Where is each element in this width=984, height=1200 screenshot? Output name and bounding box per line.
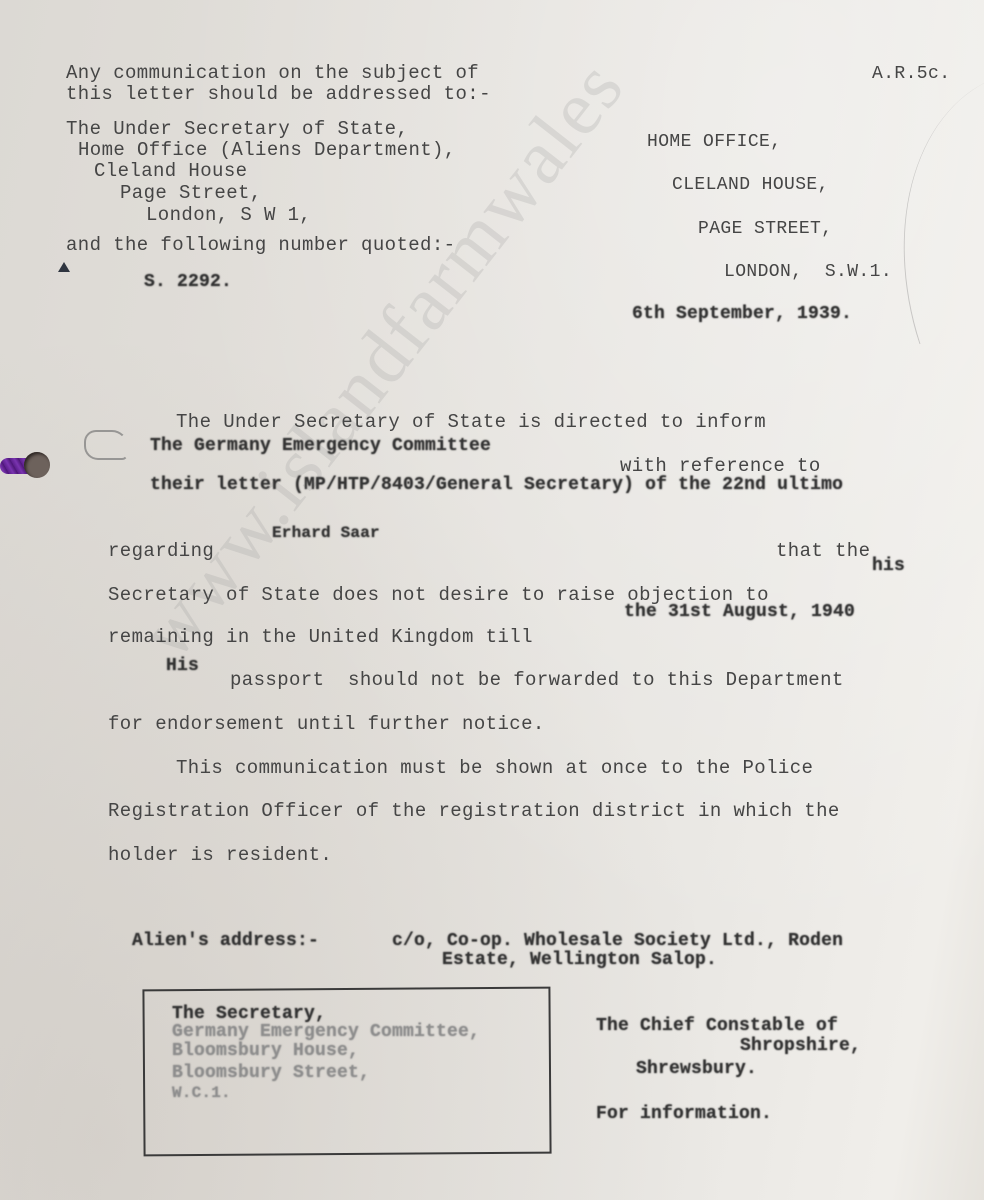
copy-to-line-3: Shrewsbury. — [636, 1059, 757, 1079]
instruction-line-6: Page Street, — [120, 182, 262, 204]
police-line-2: Registration Officer of the registration… — [108, 800, 840, 822]
addressee-line-5: W.C.1. — [172, 1084, 231, 1102]
addressee-line-2: Germany Emergency Committee, — [172, 1022, 480, 1042]
reference-code: A.R.5c. — [872, 64, 950, 84]
reference-number: S. 2292. — [144, 272, 232, 292]
remaining-line: remaining in the United Kingdom till — [108, 626, 533, 648]
with-reference: with reference to — [620, 455, 821, 477]
letter-reference: their letter (MP/HTP/8403/General Secret… — [150, 475, 843, 495]
addressee-line-1: The Secretary, — [172, 1004, 326, 1024]
sender-address-line-1: HOME OFFICE, — [647, 132, 781, 152]
alien-address-label: Alien's address:- — [132, 931, 319, 951]
his-capital: His — [166, 656, 199, 676]
recipient-name: The Germany Emergency Committee — [150, 436, 491, 456]
instruction-line-4: Home Office (Aliens Department), — [78, 139, 456, 161]
addressee-line-4: Bloomsbury Street, — [172, 1063, 370, 1083]
police-line-1: This communication must be shown at once… — [176, 757, 813, 779]
sender-address-line-4: LONDON, S.W.1. — [724, 262, 892, 282]
copy-to-line-4: For information. — [596, 1104, 772, 1124]
his-pronoun: his — [872, 556, 905, 576]
instruction-line-2: this letter should be addressed to:- — [66, 83, 491, 105]
police-line-3: holder is resident. — [108, 844, 332, 866]
letter-date: 6th September, 1939. — [632, 304, 852, 324]
body-intro: The Under Secretary of State is directed… — [176, 411, 766, 433]
endorsement-line: for endorsement until further notice. — [108, 713, 545, 735]
punch-hole — [24, 452, 50, 478]
subject-name: Erhard Saar — [272, 524, 380, 542]
sender-address-line-3: PAGE STREET, — [698, 219, 832, 239]
instruction-line-5: Cleland House — [94, 160, 247, 182]
margin-mark — [58, 262, 70, 272]
addressee-line-3: Bloomsbury House, — [172, 1041, 359, 1061]
passport-line: passport should not be forwarded to this… — [230, 669, 844, 691]
paper-fold-crease — [848, 76, 984, 344]
that-the: that the — [776, 540, 870, 562]
alien-address-line-2: Estate, Wellington Salop. — [442, 950, 717, 970]
instruction-line-1: Any communication on the subject of — [66, 62, 479, 84]
regarding-label: regarding — [108, 540, 214, 562]
until-date: the 31st August, 1940 — [624, 602, 855, 622]
alien-address-line-1: c/o, Co-op. Wholesale Society Ltd., Rode… — [392, 931, 843, 951]
instruction-line-7: London, S W 1, — [146, 204, 311, 226]
instruction-line-3: The Under Secretary of State, — [66, 118, 408, 140]
copy-to-line-2: Shropshire, — [740, 1036, 861, 1056]
instruction-line-8: and the following number quoted:- — [66, 234, 455, 256]
pencil-mark — [84, 430, 128, 460]
copy-to-line-1: The Chief Constable of — [596, 1016, 838, 1036]
sender-address-line-2: CLELAND HOUSE, — [672, 175, 829, 195]
